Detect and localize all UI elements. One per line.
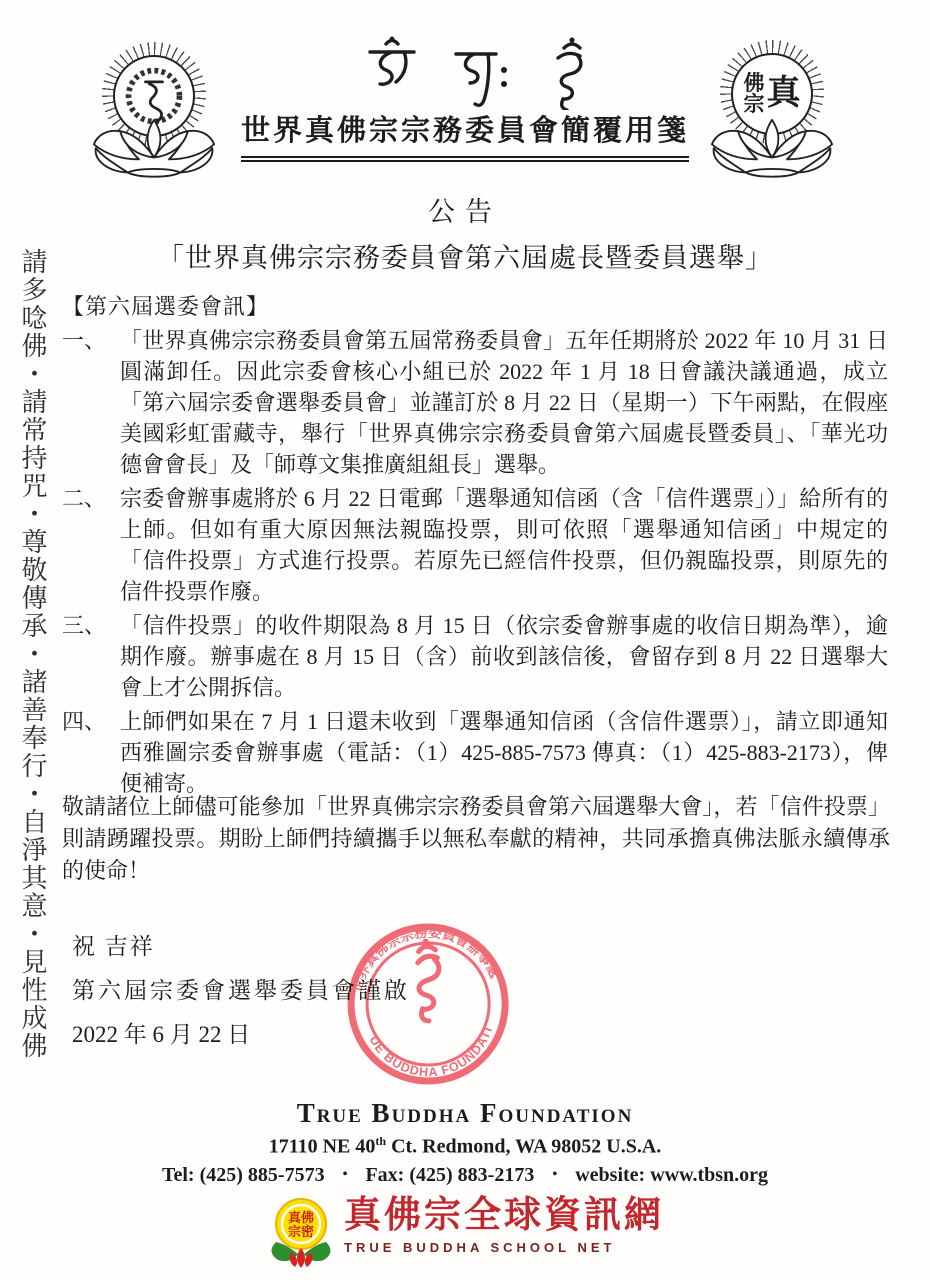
footer-address: 17110 NE 40th Ct. Redmond, WA 98052 U.S.… — [0, 1134, 930, 1159]
stamp-center-seed-syllable-icon — [414, 938, 445, 1022]
svg-text:宗密: 宗密 — [288, 1224, 314, 1239]
foundation-round-stamp-icon: 世界真佛宗宗務委員會辦事處 TRUE BUDDHA FOUNDATION — [328, 909, 529, 1097]
footer-tel: Tel: (425) 885-7573 — [162, 1164, 325, 1186]
tbsn-english-name: TRUE BUDDHA SCHOOL NET — [344, 1240, 615, 1255]
announcement-label: 公告 — [0, 190, 930, 229]
item-text: 宗委會辦事處將於 6 月 22 日電郵「選舉通知信函（含「信件選票」）」給所有的… — [120, 483, 888, 607]
dot-separator: • — [343, 1167, 348, 1183]
emblem-char: 真 — [767, 77, 801, 111]
footer-contact-line: Tel: (425) 885-7573•Fax: (425) 883-2173•… — [0, 1164, 930, 1187]
item-text: 「世界真佛宗宗務委員會第五屆常務委員會」五年任期將於 2022 年 10 月 3… — [120, 325, 888, 480]
item-text: 上師們如果在 7 月 1 日還未收到「選舉通知信函（含信件選票）」，請立即通知西… — [120, 706, 888, 799]
tbsn-logo-block: 真佛 宗密 真佛宗全球資訊網 TRUE BUDDHA SCHOOL NET — [0, 1196, 930, 1276]
list-item: 一、 「世界真佛宗宗務委員會第五屆常務委員會」五年任期將於 2022 年 10 … — [62, 325, 888, 480]
footer-org-name: True Buddha Foundation — [0, 1098, 930, 1129]
signature-date: 2022 年 6 月 22 日 — [72, 1016, 250, 1049]
letterhead-title: 世界真佛宗宗務委員會簡覆用箋 — [0, 108, 930, 162]
item-number: 三、 — [62, 610, 120, 703]
address-ordinal-sup: th — [375, 1134, 386, 1148]
om-ah-hum-seed-syllables-icon — [352, 36, 612, 110]
item-text: 「信件投票」的收件期限為 8 月 15 日（依宗委會辦事處的收信日期為準），逾期… — [120, 610, 888, 703]
address-part: Ct. Redmond, WA 98052 U.S.A. — [386, 1136, 661, 1158]
scanned-announcement-document: 請多唸佛・請常持咒・尊敬傳承・諸善奉行・自淨其意・見性成佛 — [0, 0, 930, 1280]
dot-separator: • — [552, 1167, 557, 1183]
list-item: 四、 上師們如果在 7 月 1 日還未收到「選舉通知信函（含信件選票）」，請立即… — [62, 706, 888, 799]
letterhead-title-text: 世界真佛宗宗務委員會簡覆用箋 — [241, 108, 689, 162]
item-number: 四、 — [62, 706, 120, 799]
emblem-char: 佛 — [744, 73, 765, 94]
blessing-line: 祝 吉祥 — [72, 928, 155, 961]
tbsn-chinese-name: 真佛宗全球資訊網 — [344, 1196, 664, 1237]
svg-text:真佛: 真佛 — [288, 1210, 314, 1225]
address-part: 17110 NE 40 — [269, 1136, 376, 1158]
section-heading: 【第六屆選委會訊】 — [62, 290, 269, 321]
tbsn-text-block: 真佛宗全球資訊網 TRUE BUDDHA SCHOOL NET — [344, 1196, 664, 1255]
list-item: 二、 宗委會辦事處將於 6 月 22 日電郵「選舉通知信函（含「信件選票」）」給… — [62, 483, 888, 607]
item-number: 一、 — [62, 325, 120, 480]
closing-paragraph: 敬請諸位上師儘可能參加「世界真佛宗宗務委員會第六屆選舉大會」，若「信件投票」則請… — [62, 791, 890, 887]
vertical-motto-text: 請多唸佛・請常持咒・尊敬傳承・諸善奉行・自淨其意・見性成佛 — [14, 248, 51, 1078]
notice-body-list: 一、 「世界真佛宗宗務委員會第五屆常務委員會」五年任期將於 2022 年 10 … — [62, 325, 888, 802]
item-number: 二、 — [62, 483, 120, 607]
tbsn-lotus-logo-icon: 真佛 宗密 — [266, 1196, 336, 1276]
footer-website: website: www.tbsn.org — [575, 1164, 768, 1186]
subject-title: 「世界真佛宗宗務委員會第六屆處長暨委員選舉」 — [0, 236, 930, 275]
footer-fax: Fax: (425) 883-2173 — [365, 1164, 534, 1186]
list-item: 三、 「信件投票」的收件期限為 8 月 15 日（依宗委會辦事處的收信日期為準）… — [62, 610, 888, 703]
